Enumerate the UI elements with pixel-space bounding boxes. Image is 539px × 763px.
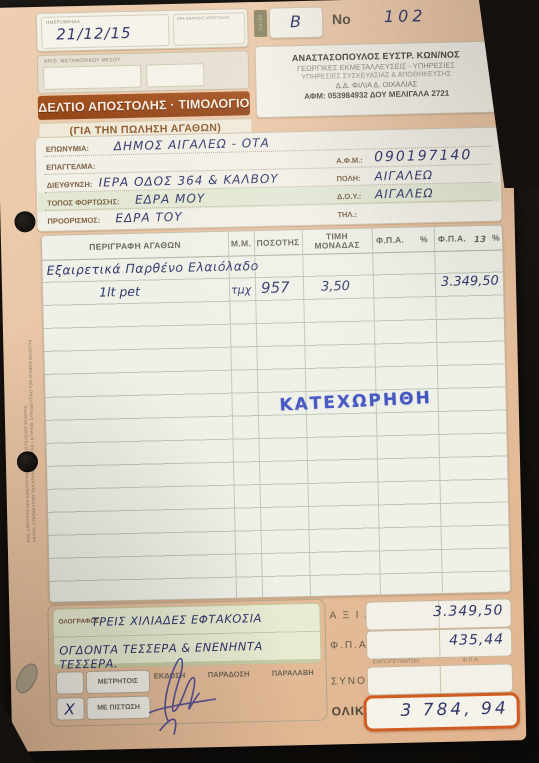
date-label: ΗΜΕΡΟΜΗΝΙΑ [46,19,80,25]
credit-checkbox: X [56,697,85,721]
items-table-body [42,249,510,601]
header-vat-1-pct: % [416,227,433,251]
in-words-line2: ΟΓΔΟΝΤΑ ΤΕΣΣΕΡΑ & ΕΝΕΝΗΝΤΑ ΤΕΣΣΕΡΑ. [59,638,321,672]
header-vat-2: Φ.Π.Α. [434,226,477,251]
vehicle-number-box: ΑΡΙΘ. ΜΕΤΑΦΟΡΙΚΟΥ ΜΕΣΟΥ [37,50,250,94]
issuer-info-box: ΑΝΑΣΤΑΣΟΠΟΥΛΟΣ ΕΥΣΤΡ. ΚΩΝ/ΝΟΣ ΓΕΩΡΓΙΚΕΣ … [255,41,499,118]
header-vat-1: Φ.Π.Α. [372,227,417,252]
cash-checkbox [56,671,85,695]
issue-label: ΕΚΔΟΣΗ [154,671,186,681]
loading-label: ΤΟΠΟΣ ΦΟΡΤΩΣΗΣ: [47,197,120,208]
item-unit-price: 3,50 [321,279,350,295]
number-label: No [332,11,351,27]
item-vat13-value: 3.349,50 [441,274,499,290]
customer-name-label: ΕΠΩΝΥΜΙΑ: [46,144,89,154]
vehicle-field-1 [43,65,141,90]
address-label: ΔΙΕΥΘΥΝΣΗ: [47,180,93,190]
header-quantity: ΠΟΣΟΤΗΣ [254,230,303,255]
receipt-label: ΠΑΡΑΛΑΒΗ [272,668,314,678]
amount-in-words-box: ΟΛΟΓΡΑΦΩΣ ΤΡΕΙΣ ΧΙΛΙΑΔΕΣ ΕΦΤΑΚΟΣΙΑ ΟΓΔΟΝ… [52,603,321,669]
in-words-line1: ΤΡΕΙΣ ΧΙΛΙΑΔΕΣ ΕΦΤΑΚΟΣΙΑ [91,611,262,629]
invoice-paper: ΗΜΕΡΟΜΗΝΙΑ 21/12/15 ΩΡΑ ΕΝΑΡΞΗΣ ΑΠΟΣΤΟΛΗ… [0,0,526,752]
printer-mark [12,660,42,697]
city-label: ΠΟΛΗ: [336,174,360,184]
credit-label: ΜΕ ΠΙΣΤΩΣΗ [86,696,151,720]
header-unit-price: ΤΙΜΗ ΜΟΝΑΔΑΣ [302,228,373,254]
loading-value: ΕΔΡΑ ΜΟΥ [135,191,205,207]
axia-value: 3.349,50 [433,603,504,621]
vehicle-label: ΑΡΙΘ. ΜΕΤΑΦΟΡΙΚΟΥ ΜΕΣΟΥ [44,57,121,65]
tel-label: ΤΗΛ.: [337,210,357,219]
fpa-value: 435,44 [449,632,504,649]
fpa-box: 435,44 [366,627,513,659]
date-cell: ΗΜΕΡΟΜΗΝΙΑ 21/12/15 [41,14,170,49]
afm-label: Α.Φ.Μ.: [336,156,363,166]
header-vat-2-pct: % [490,226,503,250]
goods-col-label: ΕΜΠΟΡΕΥΜΑΤΩΝ [373,658,420,665]
series-tab: ΣΕΙΡΑ [254,10,268,37]
destination-label: ΠΡΟΟΡΙΣΜΟΣ: [47,216,100,226]
doy-value: ΑΙΓΑΛΕΩ [375,186,434,201]
box-divider [440,666,442,693]
item-quantity: 957 [261,278,290,297]
profession-label: ΕΠΑΓΓΕΛΜΑ: [46,162,95,172]
customer-section: ΕΠΩΝΥΜΙΑ: ΔΗΜΟΣ ΑΙΓΑΛΕΩ - ΟΤΑ ΕΠΑΓΓΕΛΜΑ:… [35,127,503,233]
vat-rate-handwritten: 13 [474,228,487,252]
time-label: ΩΡΑ ΕΝΑΡΞΗΣ ΑΠΟΣΤΟΛΗΣ [177,16,230,21]
number-value: 102 [384,6,427,26]
header-unit: Μ.Μ. [228,231,255,256]
city-value: ΑΙΓΑΛΕΩ [374,168,433,183]
delivery-label: ΠΑΡΑΔΟΣΗ [208,669,250,679]
item-unit: τμχ [231,283,251,296]
series-value: Β [290,12,301,31]
oliko-box: 3 784, 94 [363,692,520,732]
doy-label: Δ.Ο.Υ.: [337,192,361,202]
afm-value: 090197140 [374,147,473,165]
series-box: Β [269,7,324,39]
synola-box [367,663,514,695]
payment-section: ΟΛΟΓΡΑΦΩΣ ΤΡΕΙΣ ΧΙΛΙΑΔΕΣ ΕΦΤΑΚΟΣΙΑ ΟΓΔΟΝ… [47,599,328,727]
oliko-value: 3 784, 94 [400,698,509,720]
fpa-col-label: Φ.Π.Α. [462,657,479,663]
document-title: ΔΕΛΤΙΟ ΑΠΟΣΤΟΛΗΣ · ΤΙΜΟΛΟΓΙΟ [38,91,250,120]
credit-checkmark: X [64,700,75,718]
axia-box: 3.349,50 [365,598,512,630]
destination-value: ΕΔΡΑ ΤΟΥ [115,210,182,226]
vehicle-field-2 [146,63,205,87]
date-box: ΗΜΕΡΟΜΗΝΙΑ 21/12/15 ΩΡΑ ΕΝΑΡΞΗΣ ΑΠΟΣΤΟΛΗ… [36,8,249,52]
item-description-line2: 1lt pet [99,284,140,300]
punch-hole-top [14,211,35,232]
box-divider [439,630,441,657]
date-value: 21/12/15 [56,24,132,44]
cash-label: ΜΕΤΡΗΤΟΙΣ [86,670,151,694]
time-cell: ΩΡΑ ΕΝΑΡΞΗΣ ΑΠΟΣΤΟΛΗΣ [173,12,246,46]
